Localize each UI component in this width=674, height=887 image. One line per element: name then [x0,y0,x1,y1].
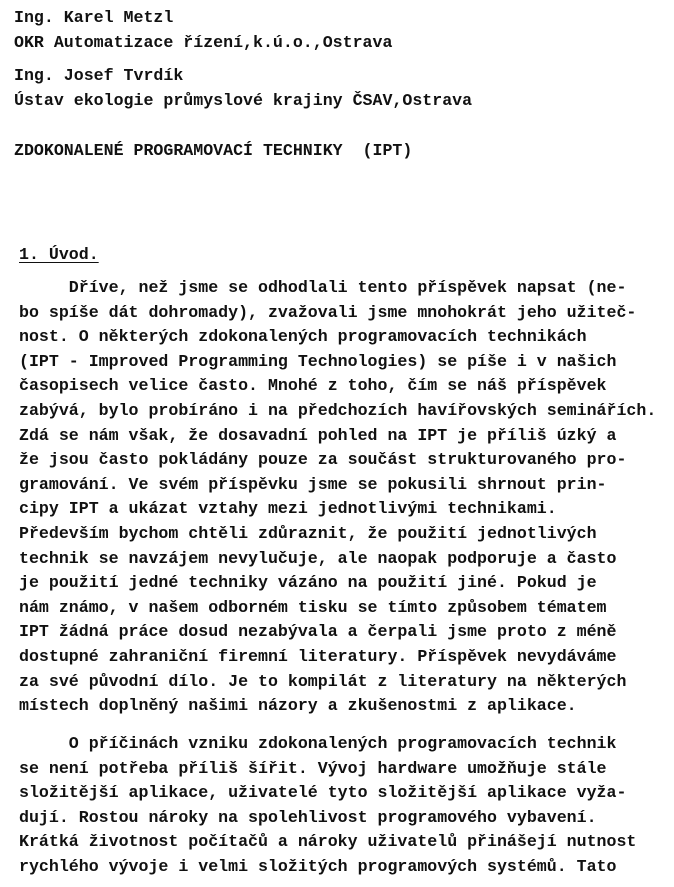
paragraph-line: dostupné zahraniční firemní literatury. … [19,645,674,670]
paragraph-line: Zdá se nám však, že dosavadní pohled na … [19,424,674,449]
paragraph-line: (IPT - Improved Programming Technologies… [19,350,674,375]
paragraph-line: je použití jedné techniky vázáno na použ… [19,571,674,596]
paragraph-line: že jsou často pokládány pouze za součást… [19,448,674,473]
paragraph-line: bo spíše dát dohromady), zvažovali jsme … [19,301,674,326]
paragraph-line: IPT žádná práce dosud nezabývala a čerpa… [19,620,674,645]
paragraph-line: nost. O některých zdokonalených programo… [19,325,674,350]
paragraph-2: O příčinách vzniku zdokonalených program… [19,732,674,880]
paragraph-line: místech doplněný našimi názory a zkušeno… [19,694,674,719]
paragraph-line: technik se navzájem nevylučuje, ale naop… [19,547,674,572]
paragraph-line: cipy IPT a ukázat vztahy mezi jednotlivý… [19,497,674,522]
paragraph-1: Dříve, než jsme se odhodlali tento přísp… [19,276,674,719]
paragraph-line: složitější aplikace, uživatelé tyto slož… [19,781,674,806]
paragraph-line: Především bychom chtěli zdůraznit, že po… [19,522,674,547]
paragraph-line: Krátká životnost počítačů a nároky uživa… [19,830,674,855]
paragraph-line: zabývá, bylo probíráno i na předchozích … [19,399,674,424]
paragraph-line: časopisech velice často. Mnohé z toho, č… [19,374,674,399]
paragraph-line: za své původní dílo. Je to kompilát z li… [19,670,674,695]
paragraph-line: nám známo, v našem odborném tisku se tím… [19,596,674,621]
author1-name: Ing. Karel Metzl [14,8,173,28]
paragraph-line: gramování. Ve svém příspěvku jsme se pok… [19,473,674,498]
document-title: ZDOKONALENÉ PROGRAMOVACÍ TECHNIKY (IPT) [14,141,412,161]
paragraph-line: O příčinách vzniku zdokonalených program… [19,732,674,757]
paragraph-line: se není potřeba příliš šířit. Vývoj hard… [19,757,674,782]
section-heading: 1. Úvod. [19,245,99,265]
paragraph-line: rychlého vývoje i velmi složitých progra… [19,855,674,880]
paragraph-line: Dříve, než jsme se odhodlali tento přísp… [19,276,674,301]
author1-affiliation: OKR Automatizace řízení,k.ú.o.,Ostrava [14,33,392,53]
paragraph-line: dují. Rostou nároky na spolehlivost prog… [19,806,674,831]
author2-name: Ing. Josef Tvrdík [14,66,183,86]
author2-affiliation: Ústav ekologie průmyslové krajiny ČSAV,O… [14,91,472,111]
